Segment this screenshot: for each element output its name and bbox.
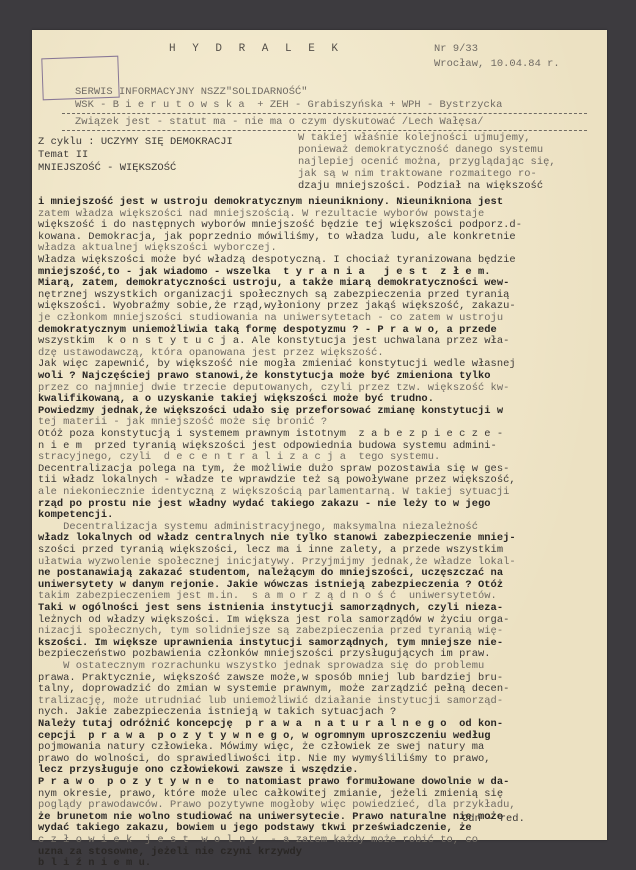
- text-line: tej materii - jak mniejszość może się br…: [38, 416, 327, 428]
- text-line: poglądy prawodawców. Prawo pozytywne mog…: [38, 799, 516, 811]
- text-line: je członkom mniejszości studiowania na u…: [38, 312, 503, 324]
- text-line: leżnych od władzy większości. Im większa…: [38, 614, 509, 626]
- text-line: władz lokalnych od władz centralnych nie…: [38, 532, 516, 544]
- text-line: W ostatecznym rozrachunku wszystko jedna…: [38, 660, 484, 672]
- text-line: jak są w nim traktowane rozmaitego ro-: [298, 168, 537, 180]
- text-line: większość i do następnych wyborów mniejs…: [38, 219, 522, 231]
- text-line: bezpieczeństwo pozbawienia członków mnie…: [38, 648, 491, 660]
- text-line: Otóż poza konstytucją i systemem prawnym…: [38, 428, 503, 440]
- text-line: kowana. Demokracja, jak poprzednio mówil…: [38, 231, 516, 243]
- text-line: uzna za stosowne, jeżeli nie czyni krzyw…: [38, 846, 302, 858]
- signature: Cdn - red.: [462, 813, 525, 825]
- service-name: SERWIS INFORMACYJNY NSZZ"SOLIDARNOŚĆ": [75, 86, 308, 98]
- text-line: kwalifikowaną, a o uzyskanie takiej więk…: [38, 393, 434, 405]
- text-line: prawo do wolności, do sprawiedliwości it…: [38, 753, 491, 765]
- text-line: stracyjnego, czyli d e c e n t r a l i z…: [38, 451, 440, 463]
- text-line: W takiej właśnie kolejności ujmujemy,: [298, 132, 531, 144]
- text-line: wydać takiego zakazu, bowiem u jego pods…: [38, 822, 472, 834]
- text-line: lecz przysługuje ono człowiekowi zawsze …: [38, 764, 359, 776]
- text-line: dzę ustawodawczą, która opanowana jest p…: [38, 347, 384, 359]
- text-line: takim zabezpieczeniem jest m.in. s a m o…: [38, 590, 497, 602]
- text-line: większości. Wyobraźmy sobie,że rząd,wyło…: [38, 300, 516, 312]
- text-line: cepcji p r a w a p o z y t y w n e g o, …: [38, 730, 491, 742]
- text-line: woli ? Najczęściej prawo stanowi,że kons…: [38, 370, 491, 382]
- text-line: że brunetom nie wolno studiować na uniwe…: [38, 811, 503, 823]
- article-heading: MNIEJSZOŚĆ - WIĘKSZOŚĆ: [38, 162, 176, 174]
- text-line: nizacji społecznych, tym solidniejsze są…: [38, 625, 503, 637]
- text-line: Miarą, zatem, demokratyczności ustroju, …: [38, 277, 509, 289]
- text-line: uniwersytety w danym rejonie. Jakie wówc…: [38, 579, 503, 591]
- text-line: najlepiej ocenić można, przyglądając się…: [298, 156, 556, 168]
- text-line: i mniejszość jest w ustroju demokratyczn…: [38, 196, 503, 208]
- text-line: Władza większości może być władzą despot…: [38, 254, 516, 266]
- divider: [62, 113, 587, 114]
- text-line: Jak więc zapewnić, by większość nie mogł…: [38, 358, 516, 370]
- series-label: Z cyklu : UCZYMY SIĘ DEMOKRACJI: [38, 136, 233, 148]
- text-line: prawa. Praktycznie, większość zawsze moż…: [38, 672, 503, 684]
- text-line: nętrznej wszystkich organizacji społeczn…: [38, 289, 509, 301]
- text-line: P r a w o p o z y t y w n e to natomiast…: [38, 776, 509, 788]
- text-line: rząd po prostu nie jest władny wydać tak…: [38, 498, 491, 510]
- text-line: ne postanawiają zakazać studentom, należ…: [38, 567, 503, 579]
- text-line: talny, doprowadzić do zmian w systemie p…: [38, 683, 509, 695]
- text-line: ponieważ demokratyczność danego systemu: [298, 144, 543, 156]
- text-line: pojmowania natury człowieka. Mówimy więc…: [38, 741, 484, 753]
- text-line: tralizację, może utrudniać lub uniemożli…: [38, 695, 503, 707]
- text-line: nym okresie, prawo, które może ulec całk…: [38, 788, 503, 800]
- text-line: kszości. Im większe uprawnienia instytuc…: [38, 637, 503, 649]
- text-line: b l i ź n i e m u.: [38, 857, 151, 869]
- text-line: kompetencji.: [38, 509, 113, 521]
- text-line: wszystkim k o n s t y t u c j a. Ale kon…: [38, 335, 509, 347]
- text-line: c z ł o w i e k j e s t w o l n y - a za…: [38, 834, 478, 846]
- motto-line: Związek jest - statut ma - nie ma o czym…: [75, 116, 484, 128]
- text-line: ale niekoniecznie identyczną z większośc…: [38, 486, 509, 498]
- place-date: Wrocław, 10.04.84 r.: [434, 58, 560, 70]
- text-line: Decentralizacja systemu administracyjneg…: [38, 521, 478, 533]
- text-line: Decentralizacja polega na tym, że możliw…: [38, 463, 509, 475]
- text-line: Powiedzmy jednak,że większości udało się…: [38, 405, 503, 417]
- text-line: demokratycznym uniemożliwia taką formę d…: [38, 324, 497, 336]
- newsletter-title: H Y D R A L E K: [169, 43, 343, 55]
- topic-label: Temat II: [38, 149, 88, 161]
- text-line: Należy tutaj odróżnić koncepcję p r a w …: [38, 718, 503, 730]
- factories-line: WSK - B i e r u t o w s k a + ZEH - Grab…: [75, 99, 502, 111]
- text-line: szości przed tyranią większości, lecz ma…: [38, 544, 503, 556]
- text-line: Taki w ogólności jest sens istnienia ins…: [38, 602, 503, 614]
- text-line: przez co najmniej dwie trzecie deputowan…: [38, 382, 509, 394]
- issue-number: Nr 9/33: [434, 43, 478, 55]
- text-line: tii władz lokalnych - władze te wprawdzi…: [38, 474, 516, 486]
- document-page: H Y D R A L E K Nr 9/33 Wrocław, 10.04.8…: [32, 30, 607, 840]
- text-line: dzaju mniejszości. Podział na większość: [298, 180, 543, 192]
- text-line: nych. Jakie zabezpieczenia istnieją w ta…: [38, 706, 396, 718]
- text-line: n i e m przed tyranią większości jest od…: [38, 440, 497, 452]
- text-line: zatem władza większości nad mniejszością…: [38, 208, 484, 220]
- text-line: ułatwia wyzwolenie społecznej inicjatywy…: [38, 556, 516, 568]
- text-line: mniejszość,to - jak wiadomo - wszelka t …: [38, 266, 491, 278]
- divider: [62, 130, 587, 131]
- text-line: władza aktualnej większości wyborczej.: [38, 242, 277, 254]
